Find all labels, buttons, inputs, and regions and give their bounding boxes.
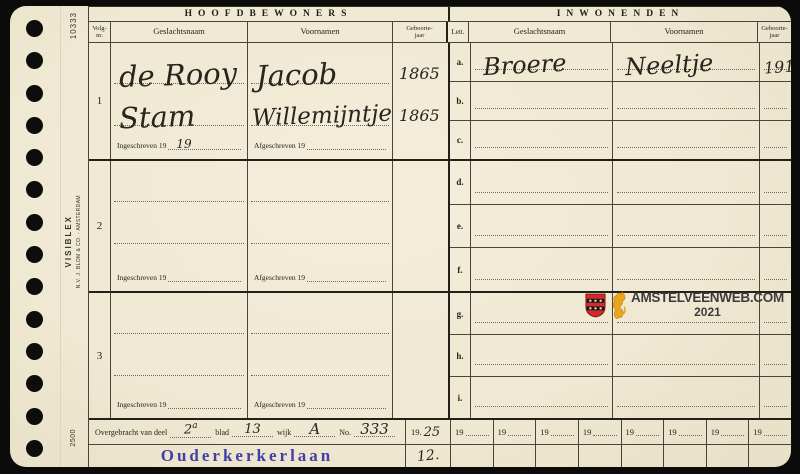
letter-cell: i.: [450, 377, 471, 418]
birthyear-cell: [760, 248, 791, 291]
column-header-voornamen-right: Voornamen: [611, 22, 758, 42]
house-number-handwriting: 12.: [416, 447, 440, 465]
writing-line: [111, 202, 247, 244]
dotted-line: [475, 322, 608, 323]
year-prefix: 19: [455, 427, 464, 437]
punch-hole: [26, 52, 43, 69]
firstnames-column: Afgeschreven 19: [248, 161, 393, 291]
dotted-line: [617, 147, 755, 148]
birthyear-handwriting: 1865: [399, 108, 440, 124]
street-name-stamp: Ouderkerkerlaan: [161, 446, 334, 466]
punch-hole: [26, 408, 43, 425]
ingeschreven-label: Ingeschreven 19: [117, 141, 166, 150]
section-title-inwonenden: INWONENDEN: [450, 7, 791, 21]
hoofdbewoners-row-2: 2 Ingeschreven 19 Afgeschreven 19: [89, 161, 448, 293]
birthyear-handwriting: 1910.: [763, 57, 791, 76]
empty-cell: [451, 445, 494, 467]
deel-sup-handwriting: a: [192, 421, 197, 431]
stub-brand-block: VISIBLEX N.V. J. BLOM & CO. - AMSTERDAM: [64, 154, 82, 329]
year-cell: 19: [451, 420, 494, 444]
surname-cell: [471, 205, 613, 248]
empty-cell: [494, 445, 537, 467]
afgeschreven-label: Afgeschreven 19: [254, 400, 305, 409]
letter-cell: f.: [450, 248, 471, 291]
column-header-volgnr: Volg-nr.: [89, 22, 111, 42]
writing-line: [248, 161, 392, 202]
amstelveenweb-watermark: AMSTELVEENWEB.COM 2021: [585, 291, 784, 319]
street-empty-cells: [451, 445, 791, 467]
dotted-line: [475, 192, 608, 193]
inwonenden-row-f: f.: [450, 248, 791, 291]
punch-hole: [26, 214, 43, 231]
watermark-site: AMSTELVEENWEB.COM: [631, 291, 784, 306]
watermark-year: 2021: [694, 306, 721, 319]
inwonenden-row-b: b.: [450, 82, 791, 121]
dotted-leader: [679, 428, 702, 436]
writing-line: Willemijntje: [248, 84, 392, 126]
no-handwriting: 333: [360, 420, 389, 438]
letter-label: i.: [458, 393, 463, 403]
dotted-line: [475, 108, 608, 109]
dotted-line: [617, 322, 755, 323]
house-number-cell: 12.: [406, 445, 451, 467]
letter-label: d.: [456, 177, 463, 187]
dotted-leader: [764, 428, 787, 436]
dotted-line: [475, 364, 608, 365]
inwonenden-row-h: h.: [450, 335, 791, 377]
year-cell: 19: [707, 420, 750, 444]
dotted-leader: [168, 272, 241, 282]
writing-line: [111, 293, 247, 334]
empty-cell: [579, 445, 622, 467]
stub-print-code: 2500: [70, 429, 77, 447]
hoofdbewoners-row-3: 3 Ingeschreven 19 Afgeschreven 19: [89, 293, 448, 418]
ingeschreven-footer: Ingeschreven 19: [111, 394, 247, 418]
surname-cell: [471, 335, 613, 376]
birthyear-column: [393, 161, 448, 291]
column-header-geslachtsnaam-right: Geslachtsnaam: [469, 22, 611, 42]
letter-label: c.: [457, 135, 463, 145]
year-prefix: 19.: [411, 427, 422, 437]
surname-handwriting: Broere: [482, 51, 567, 79]
dotted-line: [617, 235, 755, 236]
empty-cell: [749, 445, 791, 467]
stub-brand: VISIBLEX: [64, 215, 73, 267]
punch-hole: [26, 149, 43, 166]
ingeschreven-year-handwriting: 19: [176, 138, 191, 150]
writing-line: [248, 334, 392, 376]
dotted-line: [475, 279, 608, 280]
register-table: HOOFDBEWONERS INWONENDEN Volg-nr. Geslac…: [88, 6, 791, 467]
writing-line: 1865: [393, 84, 448, 126]
dotted-leader: [466, 428, 489, 436]
writing-line: [111, 161, 247, 202]
year-prefix: 19: [583, 427, 592, 437]
birthyear-column: 1865 1865: [393, 43, 448, 159]
row-number-cell: 3: [89, 293, 111, 418]
surname-cell: Broere: [471, 43, 613, 81]
inwonenden-row-a: a. Broere Neeltje 1910.: [450, 43, 791, 82]
surname-column: de Rooy Stam Ingeschreven 1919: [111, 43, 248, 159]
birthyear-cell: [760, 121, 791, 159]
surname-cell: [471, 121, 613, 159]
inwonenden-group-2: d. e. f.: [450, 161, 791, 293]
ingeschreven-label: Ingeschreven 19: [117, 400, 166, 409]
column-header-lett: Lett.: [448, 22, 469, 42]
letter-label: h.: [456, 351, 463, 361]
surname-column: Ingeschreven 19: [111, 293, 248, 418]
letter-cell: g.: [450, 293, 471, 334]
street-row: Ouderkerkerlaan 12.: [89, 445, 791, 467]
year-cell: 19: [579, 420, 622, 444]
firstnames-column: Jacob Willemijntje Afgeschreven 19: [248, 43, 393, 159]
transfer-year-cell: 19. 25: [406, 420, 451, 444]
writing-line: [248, 202, 392, 244]
inwonenden-row-d: d.: [450, 161, 791, 205]
year-cell: 19: [749, 420, 791, 444]
empty-cell: [622, 445, 665, 467]
birthyear-column: [393, 293, 448, 418]
birthyear-cell: [760, 161, 791, 204]
scanned-card-photo: 10333 VISIBLEX N.V. J. BLOM & CO. - AMST…: [0, 0, 800, 474]
row-number-cell: 2: [89, 161, 111, 291]
afgeschreven-footer: Afgeschreven 19: [248, 267, 392, 291]
birthyear-cell: [760, 377, 791, 418]
row-number-cell: 1: [89, 43, 111, 159]
punch-hole: [26, 375, 43, 392]
dotted-line: [617, 279, 755, 280]
ingeschreven-footer: Ingeschreven 1919: [111, 135, 247, 159]
writing-line: Stam: [111, 84, 247, 126]
transfer-row: Overgebracht van deel 2a blad 13 wijk A …: [89, 418, 791, 445]
writing-line: [248, 293, 392, 334]
firstnames-cell: Neeltje: [613, 43, 760, 81]
letter-cell: h.: [450, 335, 471, 376]
year-prefix: 19: [540, 427, 549, 437]
year-prefix: 19: [498, 427, 507, 437]
section-title-hoofdbewoners: HOOFDBEWONERS: [89, 7, 450, 21]
golden-lion-icon: [609, 291, 628, 319]
row-number: 2: [97, 220, 103, 232]
firstnames-cell: [613, 335, 760, 376]
transfer-label-cell: Overgebracht van deel 2a blad 13 wijk A …: [89, 420, 406, 444]
letter-cell: b.: [450, 82, 471, 120]
dotted-line: [475, 235, 608, 236]
punch-hole: [26, 246, 43, 263]
column-header-geboortejaar-right: Geboorte-jaar: [758, 22, 791, 42]
afgeschreven-footer: Afgeschreven 19: [248, 394, 392, 418]
dotted-leader: [168, 399, 241, 409]
stub-serial-number: 10333: [69, 12, 78, 39]
writing-line: [111, 334, 247, 376]
dotted-line: [617, 406, 755, 407]
dotted-leader: [721, 428, 744, 436]
street-name-cell: Ouderkerkerlaan: [89, 445, 406, 467]
dotted-leader: [307, 272, 386, 282]
dotted-line: [617, 108, 755, 109]
dotted-line: [617, 364, 755, 365]
year-cell: 19: [494, 420, 537, 444]
no-label: No.: [339, 428, 351, 437]
firstnames-column: Afgeschreven 19: [248, 293, 393, 418]
deel-value: 2a: [170, 422, 211, 437]
surname-cell: [471, 82, 613, 120]
writing-line: de Rooy: [111, 43, 247, 84]
surname-column: Ingeschreven 19: [111, 161, 248, 291]
transfer-label: Overgebracht van deel: [95, 428, 167, 437]
inwonenden-group-1: a. Broere Neeltje 1910. b. c.: [450, 43, 791, 161]
inwonenden-row-i: i.: [450, 377, 791, 418]
dotted-line: [114, 243, 244, 244]
wijk-label: wijk: [277, 428, 291, 437]
year-prefix: 19: [753, 427, 762, 437]
inwonenden-row-e: e.: [450, 205, 791, 249]
ingeschreven-footer: Ingeschreven 19: [111, 267, 247, 291]
dotted-line: [764, 108, 787, 109]
dotted-line: [475, 147, 608, 148]
firstnames-cell: [613, 121, 760, 159]
watermark-text: AMSTELVEENWEB.COM 2021: [631, 291, 784, 319]
surname-cell: [471, 161, 613, 204]
letter-cell: a.: [450, 43, 471, 81]
firstnames-cell: [613, 248, 760, 291]
column-headers: Volg-nr. Geslachtsnaam Voornamen Geboort…: [89, 22, 791, 43]
birthyear-cell: [760, 335, 791, 376]
writing-line: Jacob: [248, 43, 392, 84]
deel-handwriting: 2: [184, 423, 192, 438]
year-prefix: 19: [626, 427, 635, 437]
firstnames-handwriting: Neeltje: [624, 51, 714, 80]
year-prefix: 19: [711, 427, 720, 437]
hoofdbewoners-row-1: 1 de Rooy Stam Ingeschreven 1919 Jacob W…: [89, 43, 448, 161]
hoofdbewoners-section: 1 de Rooy Stam Ingeschreven 1919 Jacob W…: [89, 43, 450, 418]
dotted-leader: [551, 428, 574, 436]
punch-hole: [26, 20, 43, 37]
blad-label: blad: [215, 428, 229, 437]
stub-manufacturer: N.V. J. BLOM & CO. - AMSTERDAM: [76, 195, 82, 288]
firstnames-handwriting: Willemijntje: [252, 103, 393, 131]
year-cell: 19: [622, 420, 665, 444]
letter-label: g.: [457, 309, 464, 319]
dotted-leader: [508, 428, 531, 436]
punch-hole: [26, 117, 43, 134]
wijk-handwriting: A: [309, 420, 320, 438]
section-titles: HOOFDBEWONERS INWONENDEN: [89, 6, 791, 22]
dotted-leader: [636, 428, 659, 436]
afgeschreven-label: Afgeschreven 19: [254, 141, 305, 150]
column-header-geboortejaar-left: Geboorte-jaar: [393, 22, 448, 42]
birthyear-cell: [760, 82, 791, 120]
dotted-line: [114, 375, 244, 376]
year-prefix: 19: [668, 427, 677, 437]
dotted-line: [764, 192, 787, 193]
punch-holes: [23, 20, 45, 457]
dotted-line: [475, 406, 608, 407]
birthyear-cell: 1910.: [760, 43, 791, 81]
dotted-line: [251, 375, 389, 376]
firstnames-cell: [613, 377, 760, 418]
column-header-voornamen-left: Voornamen: [248, 22, 393, 42]
dotted-line: [764, 364, 787, 365]
dotted-leader: [307, 399, 386, 409]
year-cell: 19: [536, 420, 579, 444]
dotted-line: [764, 279, 787, 280]
surname-cell: [471, 377, 613, 418]
afgeschreven-label: Afgeschreven 19: [254, 273, 305, 282]
wijk-value: A: [294, 423, 335, 438]
blad-handwriting: 13: [244, 422, 261, 437]
punch-hole: [26, 440, 43, 457]
year-cell: 19: [664, 420, 707, 444]
birthyear-cell: [760, 205, 791, 248]
dotted-leader: [593, 428, 616, 436]
surname-cell: [471, 248, 613, 291]
punch-hole: [26, 278, 43, 295]
punch-hole: [26, 343, 43, 360]
letter-label: a.: [457, 57, 464, 67]
afgeschreven-footer: Afgeschreven 19: [248, 135, 392, 159]
surname-handwriting: Stam: [119, 102, 196, 134]
dotted-line: [764, 147, 787, 148]
empty-cell: [536, 445, 579, 467]
punch-hole: [26, 85, 43, 102]
dotted-leader: 19: [168, 140, 241, 150]
table-body: 1 de Rooy Stam Ingeschreven 1919 Jacob W…: [89, 43, 791, 418]
letter-cell: e.: [450, 205, 471, 248]
letter-label: f.: [457, 265, 462, 275]
firstnames-cell: [613, 161, 760, 204]
letter-cell: c.: [450, 121, 471, 159]
punch-hole: [26, 311, 43, 328]
transfer-year-handwriting: 25: [424, 425, 441, 440]
dotted-line: [617, 192, 755, 193]
dotted-line: [764, 406, 787, 407]
registration-card: 10333 VISIBLEX N.V. J. BLOM & CO. - AMST…: [10, 6, 791, 467]
blad-value: 13: [232, 423, 273, 437]
amstelveen-coat-of-arms-icon: [585, 293, 606, 318]
row-number: 1: [97, 95, 103, 107]
inwonenden-row-c: c.: [450, 121, 791, 159]
row-number: 3: [97, 350, 103, 362]
dotted-line: [764, 235, 787, 236]
writing-line: 1865: [393, 43, 448, 84]
no-value: 333: [354, 423, 395, 438]
dotted-line: [764, 322, 787, 323]
ingeschreven-label: Ingeschreven 19: [117, 273, 166, 282]
letter-label: b.: [456, 96, 463, 106]
birthyear-handwriting: 1865: [399, 66, 440, 82]
empty-cell: [664, 445, 707, 467]
empty-cell: [707, 445, 750, 467]
year-cells: 19 19 19 19 19 19 19 19: [451, 420, 791, 444]
column-header-geslachtsnaam-left: Geslachtsnaam: [111, 22, 248, 42]
letter-cell: d.: [450, 161, 471, 204]
inwonenden-section: a. Broere Neeltje 1910. b. c.: [450, 43, 791, 418]
firstnames-cell: [613, 205, 760, 248]
firstnames-cell: [613, 82, 760, 120]
printer-stub: 10333 VISIBLEX N.V. J. BLOM & CO. - AMST…: [60, 6, 89, 467]
letter-label: e.: [457, 221, 463, 231]
dotted-line: [251, 243, 389, 244]
punch-hole: [26, 181, 43, 198]
dotted-leader: [307, 140, 386, 150]
